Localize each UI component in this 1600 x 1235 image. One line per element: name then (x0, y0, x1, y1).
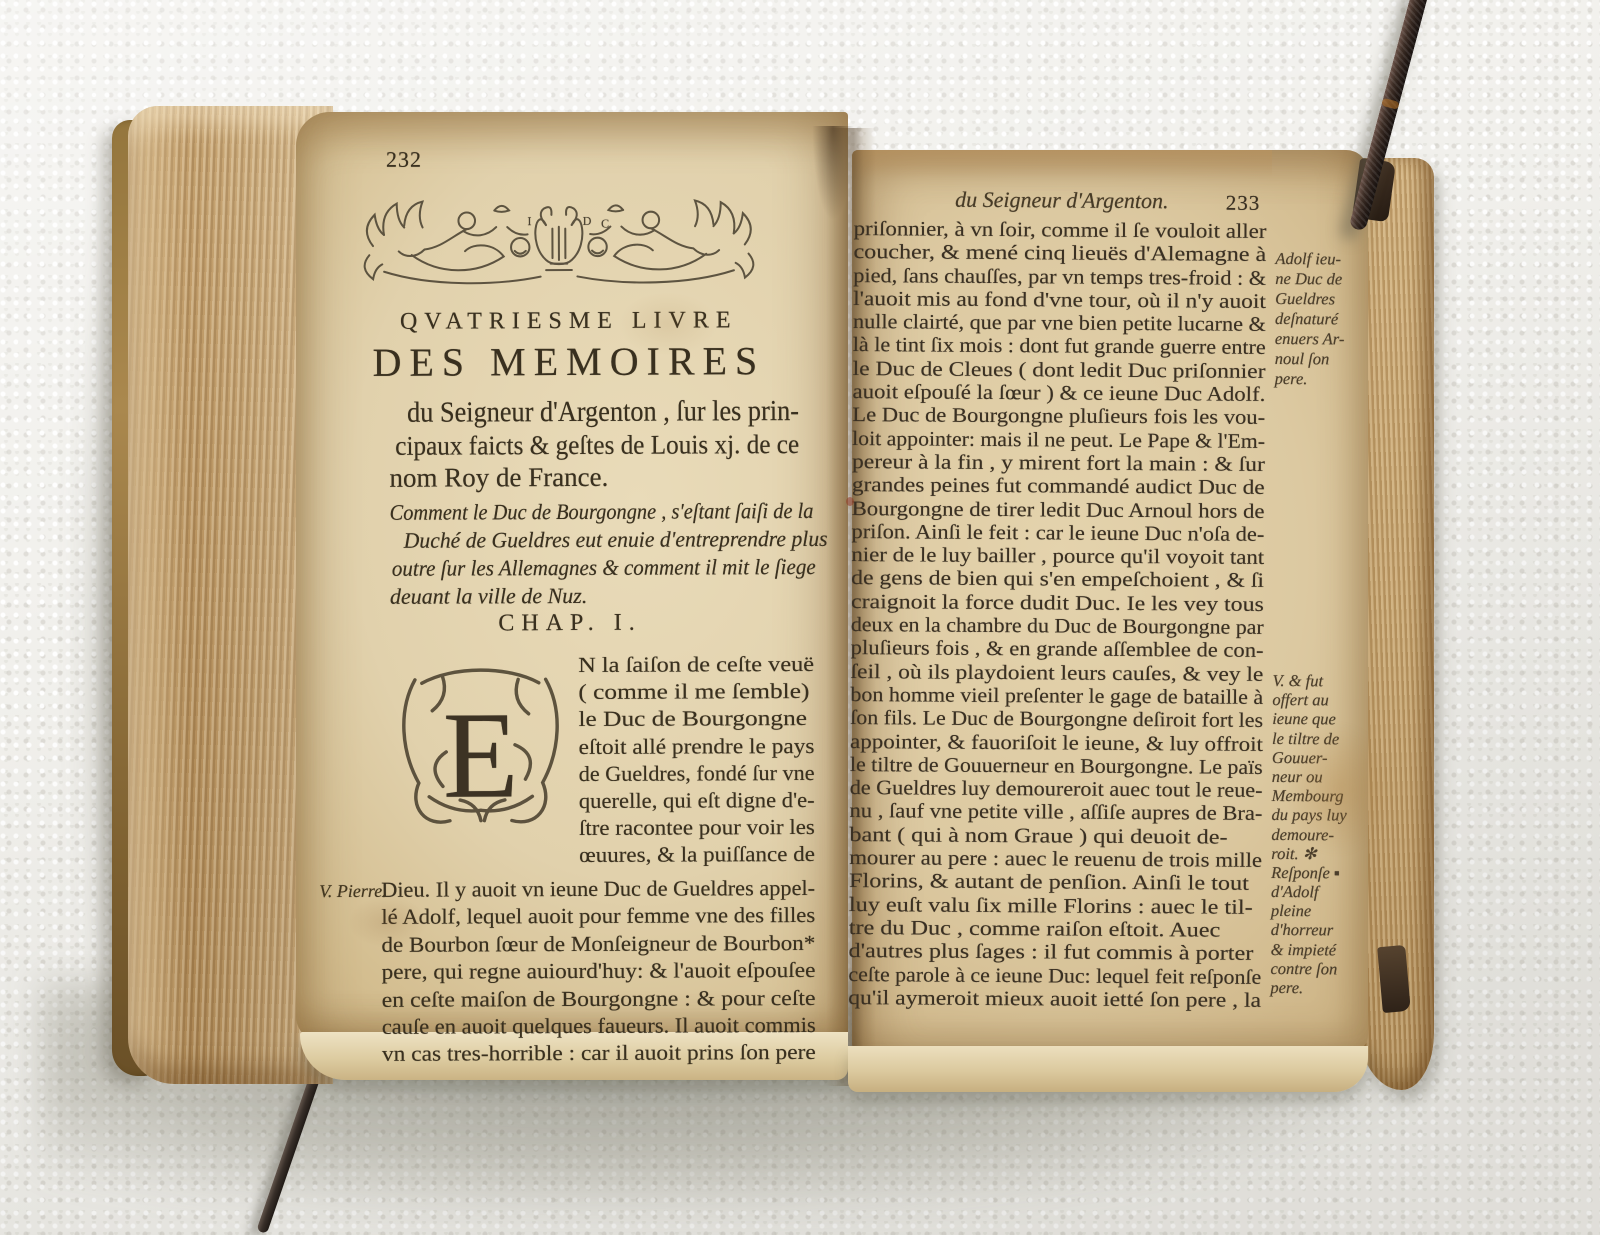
gutter-top-shadow (812, 126, 854, 221)
text-line: ceſte parole à ce ieune Duc: lequel feit… (848, 963, 1261, 989)
text-line: ne Duc de (1275, 269, 1369, 290)
text-line: Gouuer- (1272, 748, 1368, 768)
text-line: œuures, & la puiſſance de (579, 841, 815, 869)
text-line: nulle clairté, que par vne bien petite l… (853, 311, 1266, 337)
margin-note-bottom: V. & futoffert auieune quele tiltre deGo… (1270, 671, 1368, 998)
drop-cap-letter: E (443, 686, 519, 823)
text-line: pere. (1270, 978, 1366, 998)
work-title: DES MEMOIRES (329, 337, 809, 386)
text-line: priſon. Ainſi le feit : car le ieune Duc… (851, 521, 1264, 547)
text-line: de Gueldres luy demoureroit auec tout le… (850, 777, 1263, 803)
text-line: bant ( qui à nom Graue ) qui deuoit de- (849, 824, 1262, 850)
text-line: pied, ſans chauſſes, par vn temps tres-f… (853, 265, 1266, 291)
margin-note-top: Adolf ieu-ne Duc deGueldresdeſnaturéenue… (1275, 249, 1370, 390)
text-line: enuers Ar- (1275, 329, 1369, 350)
text-line: l'auoit mis au fond d'vne tour, où il n'… (853, 288, 1266, 314)
text-line: de Bourbon ſœur de Monſeigneur de Bourbo… (381, 930, 815, 959)
text-line: vn cas tres-horrible : car il auoit prin… (382, 1039, 816, 1068)
text-line: neur ou (1272, 767, 1368, 787)
text-line: roit. ✻ (1271, 844, 1367, 864)
chapter-argument: Comment le Duc de Bourgongne , s'eſtant … (390, 497, 814, 611)
subtitle-line-2: cipaux faicts & geſtes de Louis xj. de c… (395, 429, 799, 462)
text-line: bon homme vieil preſenter le gage de bat… (850, 684, 1263, 710)
text-line: qu'il aymeroit mieux auoit ietté ſon per… (848, 987, 1261, 1013)
text-line: deux en la chambre du Duc de Bourgongne … (851, 614, 1264, 640)
page-number-left: 232 (386, 147, 422, 173)
text-line: le Duc de Cleues ( dont ledit Duc priſon… (853, 358, 1266, 384)
text-line: Le Duc de Bourgongne pluſieurs fois les … (852, 404, 1265, 430)
text-line: appointer, & fauoriſoit le ieune, & luy … (850, 731, 1263, 757)
text-line: nu , ſauf vne petite ville , aſſiſe aupr… (849, 800, 1262, 826)
text-line: cauſe en auoit quelques faueurs. Il auoi… (382, 1012, 816, 1041)
text-line: & impieté (1271, 940, 1367, 960)
headpiece-letter-i: I (527, 214, 531, 228)
text-line: de Gueldres, fondé ſur vne (579, 760, 815, 788)
text-line: Florins, & autant de penſion. Ainſi le t… (849, 870, 1262, 896)
text-line: coucher, & mené cinq lieuës d'Alemagne à (853, 241, 1266, 267)
text-line: mourer au pere : auec le reuenu de trois… (849, 847, 1262, 873)
text-line: pereur à la fin , y mirent fort la main … (852, 451, 1265, 477)
text-line: d'autres plus ſages : il fut commis à po… (849, 940, 1262, 966)
text-line: Gueldres (1275, 289, 1369, 310)
text-line: demoure- (1271, 824, 1367, 844)
text-line: pluſieurs fois , & en grande aſſemblee d… (851, 637, 1264, 663)
text-line: Adolf ieu- (1275, 249, 1369, 270)
text-line: Membourg (1272, 786, 1368, 806)
text-line: N la ſaiſon de ceſte veuë (578, 651, 814, 679)
text-line: lé Adolf, lequel auoit pour femme vne de… (381, 902, 815, 931)
text-line: en ceſte maiſon de Bourgongne : & pour c… (382, 984, 816, 1013)
text-line: Comment le Duc de Bourgongne , s'eſtant … (390, 497, 814, 527)
binding-corner-bottom (1377, 945, 1411, 1013)
subtitle-line-1: du Seigneur d'Argenton , ſur les prin- (407, 395, 799, 430)
text-line: ſtre racontee pour voir les (579, 814, 815, 842)
text-line: priſonnier, à vn ſoir, comme il ſe voulo… (854, 218, 1267, 244)
text-line: d'horreur (1271, 920, 1367, 940)
text-line: eſtoit allé prendre le pays (579, 732, 815, 760)
right-page-top-edge (852, 150, 1272, 178)
text-line: Bourgongne de tirer ledit Duc Arnoul hor… (852, 498, 1265, 524)
text-line: ieune que (1272, 709, 1368, 729)
text-line: pleine (1271, 901, 1367, 921)
text-line: outre ſur les Allemagnes & comment il mi… (390, 553, 814, 583)
text-line: noul ſon (1275, 349, 1369, 370)
drop-cap-ornament: E (394, 648, 567, 849)
text-line: Reſponſe ▪ (1271, 863, 1367, 883)
text-line: loit appointer: mais il ne peut. Le Pape… (852, 428, 1265, 454)
text-line: ſeil , où ils playdoient leurs cauſes, &… (850, 661, 1263, 687)
text-line: ( comme il me ſemble) (578, 678, 814, 706)
subtitle-line-3: nom Roy de France. (389, 462, 649, 494)
text-line: de gens de bien qui s'en empeſchoient , … (851, 567, 1264, 593)
text-line: le Duc de Bourgongne (578, 705, 814, 733)
text-line: auoit eſpouſé la ſœur ) & ce ieune Duc A… (852, 381, 1265, 407)
text-line: deuant la ville de Nuz. (390, 581, 814, 611)
book-part-title: QVATRIESME LIVRE (349, 307, 789, 336)
margin-note-left: V. Pierre. (319, 881, 387, 902)
text-line: grandes peines fut commandé audict Duc d… (852, 474, 1265, 500)
running-header: du Seigneur d'Argenton. (912, 186, 1212, 214)
text-line: ſon fils. Le Duc de Bourgongne deſiroit … (850, 707, 1263, 733)
text-line: craignoit la force dudit Duc. Ie les vey… (851, 591, 1264, 617)
right-page-bottom-edge (848, 1046, 1368, 1092)
left-page-content: 232 (328, 139, 812, 1086)
text-line: offert au (1272, 690, 1368, 710)
text-line: tre du Duc , comme raiſon eſtoit. Auec (849, 917, 1262, 943)
text-line: nier de le luy bailler , pource qu'il vo… (851, 544, 1264, 570)
text-line: querelle, qui eſt digne d'e- (579, 787, 815, 815)
text-line: contre ſon (1270, 959, 1366, 979)
text-line: V. & fut (1272, 671, 1368, 691)
page-number-right: 233 (1226, 191, 1261, 216)
right-page-content: du Seigneur d'Argenton. 233 priſonnier, … (846, 178, 1372, 1052)
text-line: le tiltre de (1272, 729, 1368, 749)
text-line: Dieu. Il y auoit vn ieune Duc de Gueldre… (381, 875, 815, 904)
headpiece-ornament: I D C (356, 184, 761, 299)
text-line: pere, qui regne auiourd'huy: & l'auoit e… (382, 957, 816, 986)
text-line: là le tint ſix mois : dont fut grande gu… (853, 334, 1266, 360)
headpiece-letter-d: D (583, 214, 592, 228)
body-text-left-page: Dieu. Il y auoit vn ieune Duc de Gueldre… (381, 875, 816, 1069)
text-line: luy euſt valu ſix mille Florins : auec l… (849, 894, 1262, 920)
text-line: Duché de Gueldres eut enuie d'entreprend… (390, 525, 814, 555)
body-text-beside-dropcap: N la ſaiſon de ceſte veuë( comme il me ſ… (578, 651, 815, 870)
body-text-right-page: priſonnier, à vn ſoir, comme il ſe voulo… (848, 218, 1267, 1013)
text-line: du pays luy (1271, 805, 1367, 825)
chapter-heading: CHAP. I. (330, 609, 810, 638)
text-line: pere. (1275, 369, 1369, 390)
headpiece-letter-c: C (601, 217, 609, 231)
text-line: d'Adolf (1271, 882, 1367, 902)
text-line: deſnaturé (1275, 309, 1369, 330)
photograph: 232 (0, 0, 1600, 1235)
text-line: le tiltre de Gouuerneur en Bourgongne. L… (850, 754, 1263, 780)
